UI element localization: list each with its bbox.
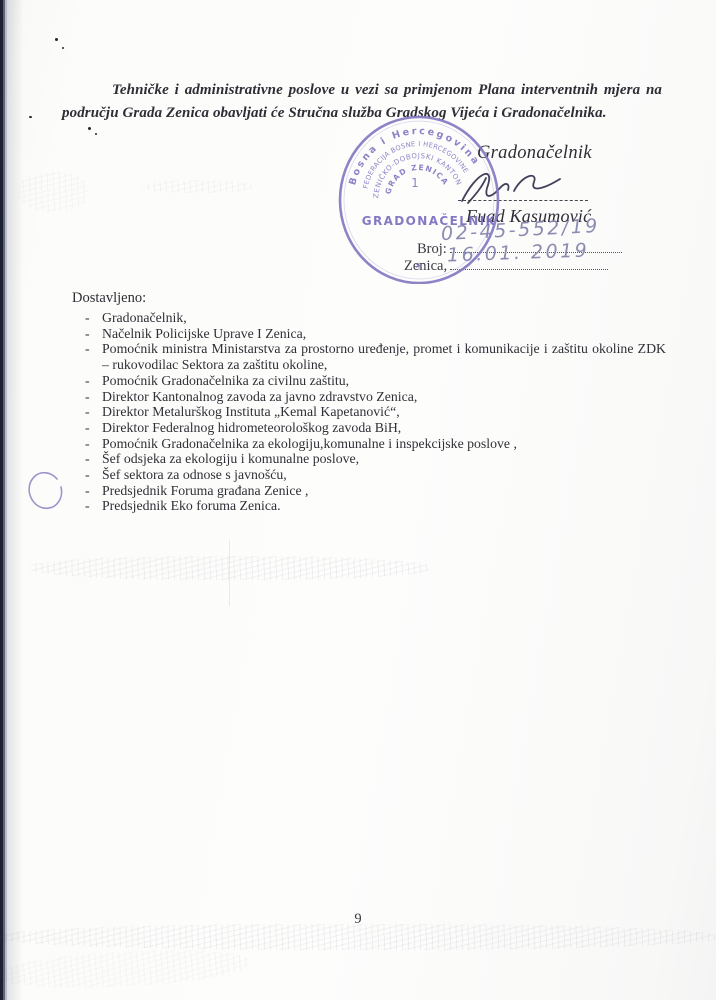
list-item: -Direktor Federalnog hidrometeorološkog … [72,420,666,436]
list-bullet: - [85,498,102,514]
list-bullet: - [85,373,102,389]
list-bullet: - [85,310,102,326]
list-bullet: - [85,389,102,405]
scan-crease [229,540,230,606]
list-item: -Šef odsjeka za ekologiju i komunalne po… [72,451,666,467]
official-round-stamp: Bosna i Hercegovina FEDERACIJA BOSNE I H… [336,112,502,284]
scan-speck [88,127,91,130]
stamp-number: 1 [411,176,419,190]
list-item: -Predsjednik Eko foruma Zenica. [72,498,666,514]
scan-smudge [18,172,88,212]
list-item: -Gradonačelnik, [72,310,666,326]
list-bullet: - [85,420,102,436]
list-item: -Načelnik Policijske Uprave I Zenica, [72,326,666,342]
stamp-title-text: GRADONAČELNIK [362,213,497,228]
scan-speck [62,47,64,49]
stamp-star: * [416,261,423,277]
scan-speck [55,38,58,41]
list-bullet: - [85,436,102,452]
list-bullet: - [85,341,102,372]
scan-smudge [0,945,251,992]
list-item: -Pomoćnik ministra Ministarstva za prost… [72,341,666,372]
list-item: -Pomoćnik Gradonačelnika za ekologiju,ko… [72,436,666,452]
page-number: 9 [0,911,716,928]
scan-speck [29,116,32,118]
scan-left-edge [0,0,7,1000]
scan-speck [95,133,97,135]
list-item: -Predsjednik Foruma građana Zenice , [72,483,666,499]
list-item: -Direktor Kantonalnog zavoda za javno zd… [72,389,666,405]
distribution-heading: Dostavljeno: [72,290,666,307]
list-bullet: - [85,404,102,420]
distribution-list: Dostavljeno: -Gradonačelnik, -Načelnik P… [72,290,666,514]
list-bullet: - [85,467,102,483]
scan-smudge [30,556,430,580]
list-item: -Šef sektora za odnose s javnošću, [72,467,666,483]
scan-smudge [142,180,252,193]
list-bullet: - [85,451,102,467]
scan-left-shadow [7,0,23,1000]
scanned-document-page: Tehničke i administrativne poslove u vez… [0,0,716,1000]
list-bullet: - [85,483,102,499]
list-bullet: - [85,326,102,342]
list-item: -Direktor Metalurškog Instituta „Kemal K… [72,404,666,420]
pen-circle-annotation [24,472,70,520]
list-item: -Pomoćnik Gradonačelnika za civilnu zašt… [72,373,666,389]
